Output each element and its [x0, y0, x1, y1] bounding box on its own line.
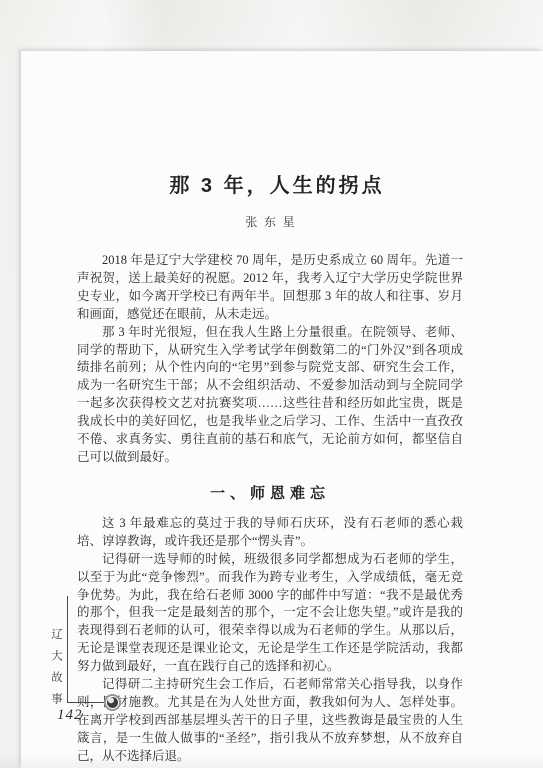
margin-bracket-vertical-line	[67, 596, 68, 703]
page-number: 142	[57, 707, 83, 724]
section-paragraph: 这 3 年最难忘的莫过于我的导师石庆环，没有石老师的悉心栽培、谆谆教诲，或许我还…	[77, 515, 463, 551]
section-heading: 一、师恩难忘	[77, 482, 463, 503]
margin-bracket-horizontal-line	[67, 702, 104, 703]
footer-seal-icon	[104, 694, 121, 711]
scan-bottom-shadow	[0, 752, 543, 768]
section-paragraph: 记得研一选导师的时候，班级很多同学都想成为石老师的学生，以至于为此“竞争惨烈”。…	[77, 551, 463, 676]
scan-background: 那 3 年，人生的拐点 张东星 2018 年是辽宁大学建校 70 周年，是历史系…	[0, 0, 543, 768]
intro-paragraph: 2018 年是辽宁大学建校 70 周年，是历史系成立 60 周年。先道一声祝贺，…	[77, 252, 463, 324]
intro-paragraph: 那 3 年时光很短，但在我人生路上分量很重。在院领导、老师、同学的帮助下，从研究…	[77, 324, 463, 467]
sidebar-series-label: 辽大故事	[48, 628, 64, 714]
book-page: 那 3 年，人生的拐点 张东星 2018 年是辽宁大学建校 70 周年，是历史系…	[21, 51, 543, 768]
article-body: 2018 年是辽宁大学建校 70 周年，是历史系成立 60 周年。先道一声祝贺，…	[77, 252, 463, 766]
article-title: 那 3 年，人生的拐点	[77, 51, 463, 198]
article-author: 张东星	[77, 213, 463, 230]
text-column: 那 3 年，人生的拐点 张东星 2018 年是辽宁大学建校 70 周年，是历史系…	[77, 51, 463, 766]
